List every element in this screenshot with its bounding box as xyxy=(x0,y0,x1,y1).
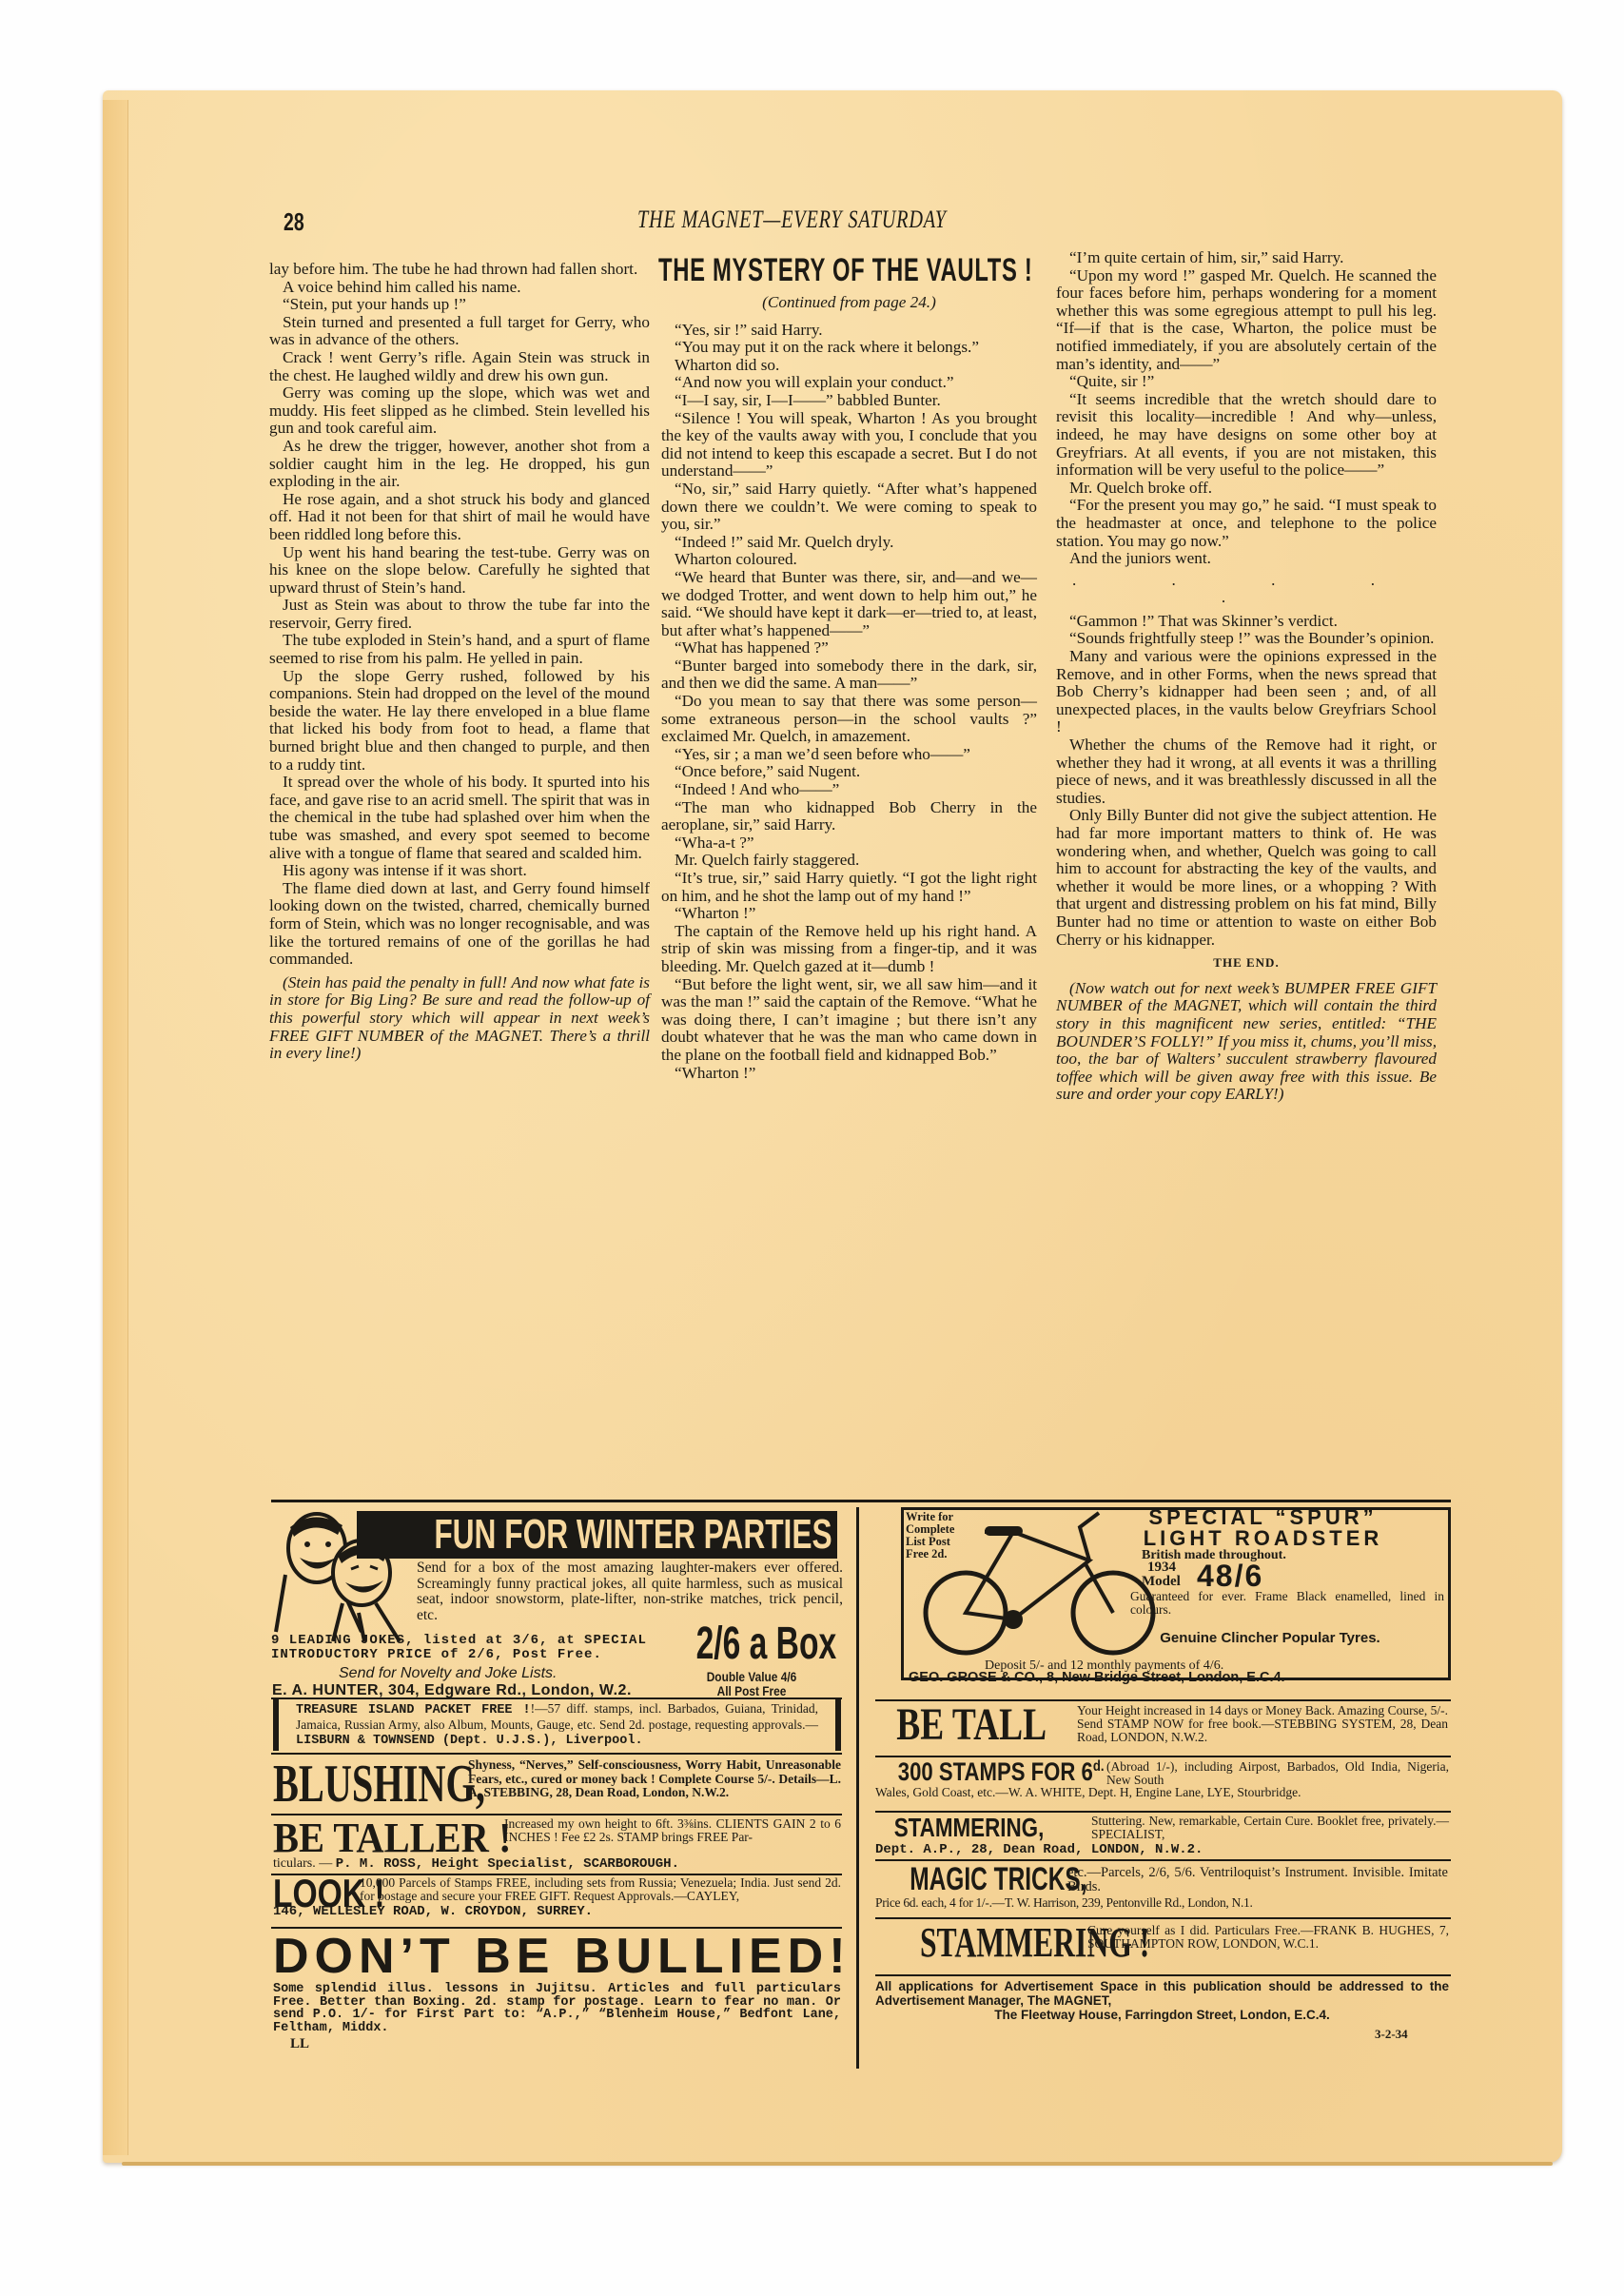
story-paragraph: “We heard that Bunter was there, sir, an… xyxy=(661,569,1037,639)
be-taller-ad-headline: BE TALLER ! xyxy=(273,1815,511,1861)
fun-ad-headline: FUN FOR WINTER PARTIES xyxy=(357,1511,837,1559)
advert-top-rule xyxy=(271,1500,1451,1502)
story-paragraph: “Indeed ! And who——” xyxy=(661,781,1037,799)
advertising-notice: All applications for Advertisement Space… xyxy=(875,1979,1449,2022)
column-2-paragraphs: “Yes, sir !” said Harry.“You may put it … xyxy=(661,322,1037,1083)
story-paragraph: “Bunter barged into somebody there in th… xyxy=(661,657,1037,693)
stamps-ad-address: Wales, Gold Coast, etc.—W. A. WHITE, Dep… xyxy=(875,1786,1449,1799)
column-1-editor-note: (Stein has paid the penalty in full! And… xyxy=(269,974,650,1063)
column-1-paragraphs: lay before him. The tube he had thrown h… xyxy=(269,261,650,969)
fun-ad-offer: 9 LEADING JOKES, listed at 3/6, at SPECI… xyxy=(271,1634,652,1662)
story-paragraph: “I’m quite certain of him, sir,” said Ha… xyxy=(1056,249,1437,267)
story-paragraph: “But before the light went, sir, we all … xyxy=(661,976,1037,1065)
stammering-ad-address: Dept. A.P., 28, Dean Road, LONDON, N.W.2… xyxy=(875,1842,1203,1857)
story-paragraph: “Wha-a-t ?” xyxy=(661,834,1037,853)
story-paragraph: It spread over the whole of his body. It… xyxy=(269,774,650,862)
story-paragraph: The captain of the Remove held up his ri… xyxy=(661,923,1037,976)
issue-date: 3-2-34 xyxy=(1375,2027,1408,2042)
story-column-2: (Continued from page 24.) “Yes, sir !” s… xyxy=(661,294,1037,1082)
story-paragraph: A voice behind him called his name. xyxy=(269,279,650,297)
spur-ad-tyres: Genuine Clincher Popular Tyres. xyxy=(1142,1631,1399,1645)
spur-ad-model: 1934 Model xyxy=(1142,1560,1181,1589)
printer-mark: LL xyxy=(290,2036,309,2052)
story-paragraph: Wharton coloured. xyxy=(661,551,1037,569)
spur-ad-guarantee: Guaranteed for ever. Frame Black enamell… xyxy=(1130,1590,1444,1617)
story-paragraph: “You may put it on the rack where it bel… xyxy=(661,339,1037,357)
story-paragraph: “Yes, sir !” said Harry. xyxy=(661,322,1037,340)
look-ad-text: 10,000 Parcels of Stamps FREE, including… xyxy=(360,1876,841,1903)
story-title: THE MYSTERY OF THE VAULTS ! xyxy=(658,252,1033,289)
story-paragraph: “It’s true, sir,” said Harry quietly. “I… xyxy=(661,870,1037,905)
fun-ad-send-lists: Send for Novelty and Joke Lists. xyxy=(339,1665,557,1682)
story-paragraph: Gerry was coming up the slope, which was… xyxy=(269,384,650,438)
be-taller-ad-text: Increased my own height to 6ft. 3⅜ins. C… xyxy=(504,1817,841,1844)
look-ad-address: 146, WELLESLEY ROAD, W. CROYDON, SURREY. xyxy=(273,1904,593,1919)
stammering-cure-ad-text: Cure yourself as I did. Particulars Free… xyxy=(1087,1924,1449,1950)
running-head: THE MAGNET—EVERY SATURDAY xyxy=(637,206,947,234)
fun-ad-body: Send for a box of the most amazing laugh… xyxy=(417,1560,843,1623)
page-number: 28 xyxy=(284,207,304,237)
story-paragraph: He rose again, and a shot struck his bod… xyxy=(269,491,650,544)
story-paragraph: “For the present you may go,” he said. “… xyxy=(1056,497,1437,550)
story-paragraph: “Once before,” said Nugent. xyxy=(661,763,1037,781)
story-paragraph: “Wharton !” xyxy=(661,905,1037,923)
magic-tricks-ad-text: etc.—Parcels, 2/6, 5/6. Ventriloquist’s … xyxy=(1067,1866,1448,1894)
story-paragraph: His agony was intense if it was short. xyxy=(269,862,650,880)
story-paragraph: Stein turned and presented a full target… xyxy=(269,314,650,349)
story-paragraph: “Sounds frightfully steep !” was the Bou… xyxy=(1056,630,1437,648)
story-paragraph: “Silence ! You will speak, Wharton ! As … xyxy=(661,410,1037,481)
scene-break: . . . . . xyxy=(1056,572,1437,607)
continued-note: (Continued from page 24.) xyxy=(661,294,1037,312)
story-paragraph: “It seems incredible that the wretch sho… xyxy=(1056,391,1437,480)
story-paragraph: As he drew the trigger, however, another… xyxy=(269,438,650,491)
story-paragraph: Whether the chums of the Remove had it r… xyxy=(1056,736,1437,807)
story-paragraph: Wharton did so. xyxy=(661,357,1037,375)
blushing-ad-headline: BLUSHING, xyxy=(273,1756,485,1813)
story-paragraph: “Wharton !” xyxy=(661,1065,1037,1083)
story-paragraph: Mr. Quelch broke off. xyxy=(1056,480,1437,498)
story-paragraph: Many and various were the opinions expre… xyxy=(1056,648,1437,736)
treasure-island-ad: TREASURE ISLAND PACKET FREE !!—57 diff. … xyxy=(273,1699,841,1751)
story-column-1: lay before him. The tube he had thrown h… xyxy=(269,261,650,1063)
bullied-ad-headline: DON’T BE BULLIED! xyxy=(273,1930,841,1983)
spur-ad-headline: SPECIAL “SPUR” LIGHT ROADSTER xyxy=(1080,1507,1446,1549)
be-taller-ad-advertiser: ticulars. — P. M. ROSS, Height Specialis… xyxy=(273,1856,841,1872)
story-paragraph: “Gammon !” That was Skinner’s verdict. xyxy=(1056,613,1437,631)
stamps-ad-text: (Abroad 1/-), including Airpost, Barbado… xyxy=(1106,1760,1449,1787)
be-tall-ad-headline: BE TALL xyxy=(896,1701,1047,1749)
column-3-paragraphs: “I’m quite certain of him, sir,” said Ha… xyxy=(1056,249,1437,568)
column-3-editor-note: (Now watch out for next week’s BUMPER FR… xyxy=(1056,980,1437,1104)
story-paragraph: “No, sir,” said Harry quietly. “After wh… xyxy=(661,481,1037,534)
story-paragraph: “What has happened ?” xyxy=(661,639,1037,657)
stammering-ad-headline: STAMMERING, xyxy=(894,1813,1045,1843)
spur-ad-write-for-list: Write for Complete List Post Free 2d. xyxy=(906,1511,954,1560)
story-paragraph: “Stein, put your hands up !” xyxy=(269,296,650,314)
story-paragraph: lay before him. The tube he had thrown h… xyxy=(269,261,650,279)
fun-ad-price-block: 2/6 a Box Double Value 4/6 All Post Free xyxy=(666,1618,837,1698)
the-end-marker: THE END. xyxy=(1056,954,1437,972)
advert-column-divider xyxy=(856,1507,859,2069)
story-paragraph: The flame died down at last, and Gerry f… xyxy=(269,880,650,969)
column-3-paragraphs-after-break: “Gammon !” That was Skinner’s verdict.“S… xyxy=(1056,613,1437,949)
story-paragraph: “The man who kidnapped Bob Cherry in the… xyxy=(661,799,1037,834)
story-paragraph: “Quite, sir !” xyxy=(1056,373,1437,391)
story-paragraph: Up the slope Gerry rushed, followed by h… xyxy=(269,668,650,775)
story-paragraph: “I—I say, sir, I—I——” babbled Bunter. xyxy=(661,392,1037,410)
fun-ad-price: 2/6 a Box xyxy=(696,1618,837,1670)
story-paragraph: Mr. Quelch fairly staggered. xyxy=(661,852,1037,870)
story-paragraph: “Upon my word !” gasped Mr. Quelch. He s… xyxy=(1056,267,1437,374)
story-paragraph: “Yes, sir ; a man we’d seen before who——… xyxy=(661,746,1037,764)
fun-ad-post: All Post Free xyxy=(679,1684,825,1698)
fun-ad-value: Double Value 4/6 xyxy=(679,1670,825,1684)
bullied-ad-text: Some splendid illus. lessons in Jujitsu.… xyxy=(273,1983,841,2034)
magic-tricks-ad-headline: MAGIC TRICKS, xyxy=(910,1861,1086,1898)
story-paragraph: “Indeed !” said Mr. Quelch dryly. xyxy=(661,534,1037,552)
story-column-3: “I’m quite certain of him, sir,” said Ha… xyxy=(1056,249,1437,1104)
story-paragraph: “Do you mean to say that there was some … xyxy=(661,693,1037,746)
story-paragraph: Only Billy Bunter did not give the subje… xyxy=(1056,807,1437,949)
story-paragraph: And the juniors went. xyxy=(1056,550,1437,568)
magic-tricks-ad-address: Price 6d. each, 4 for 1/-.—T. W. Harriso… xyxy=(875,1895,1253,1911)
story-paragraph: Up went his hand bearing the test-tube. … xyxy=(269,544,650,598)
story-paragraph: Crack ! went Gerry’s rifle. Again Stein … xyxy=(269,349,650,384)
spur-ad-address: GEO. GROSE & CO., 8, New Bridge Street, … xyxy=(909,1670,1285,1685)
be-tall-ad-text: Your Height increased in 14 days or Mone… xyxy=(1077,1704,1448,1744)
stammering-ad-text: Stuttering. New, remarkable, Certain Cur… xyxy=(1091,1815,1449,1841)
blushing-ad-text: Shyness, “Nerves,” Self-consciousness, W… xyxy=(468,1758,841,1800)
divider xyxy=(875,1974,1451,1976)
story-paragraph: “And now you will explain your conduct.” xyxy=(661,374,1037,392)
story-paragraph: Just as Stein was about to throw the tub… xyxy=(269,597,650,632)
story-paragraph: The tube exploded in Stein’s hand, and a… xyxy=(269,632,650,667)
stamps-ad-headline: 300 STAMPS FOR 6d. xyxy=(898,1757,1105,1787)
